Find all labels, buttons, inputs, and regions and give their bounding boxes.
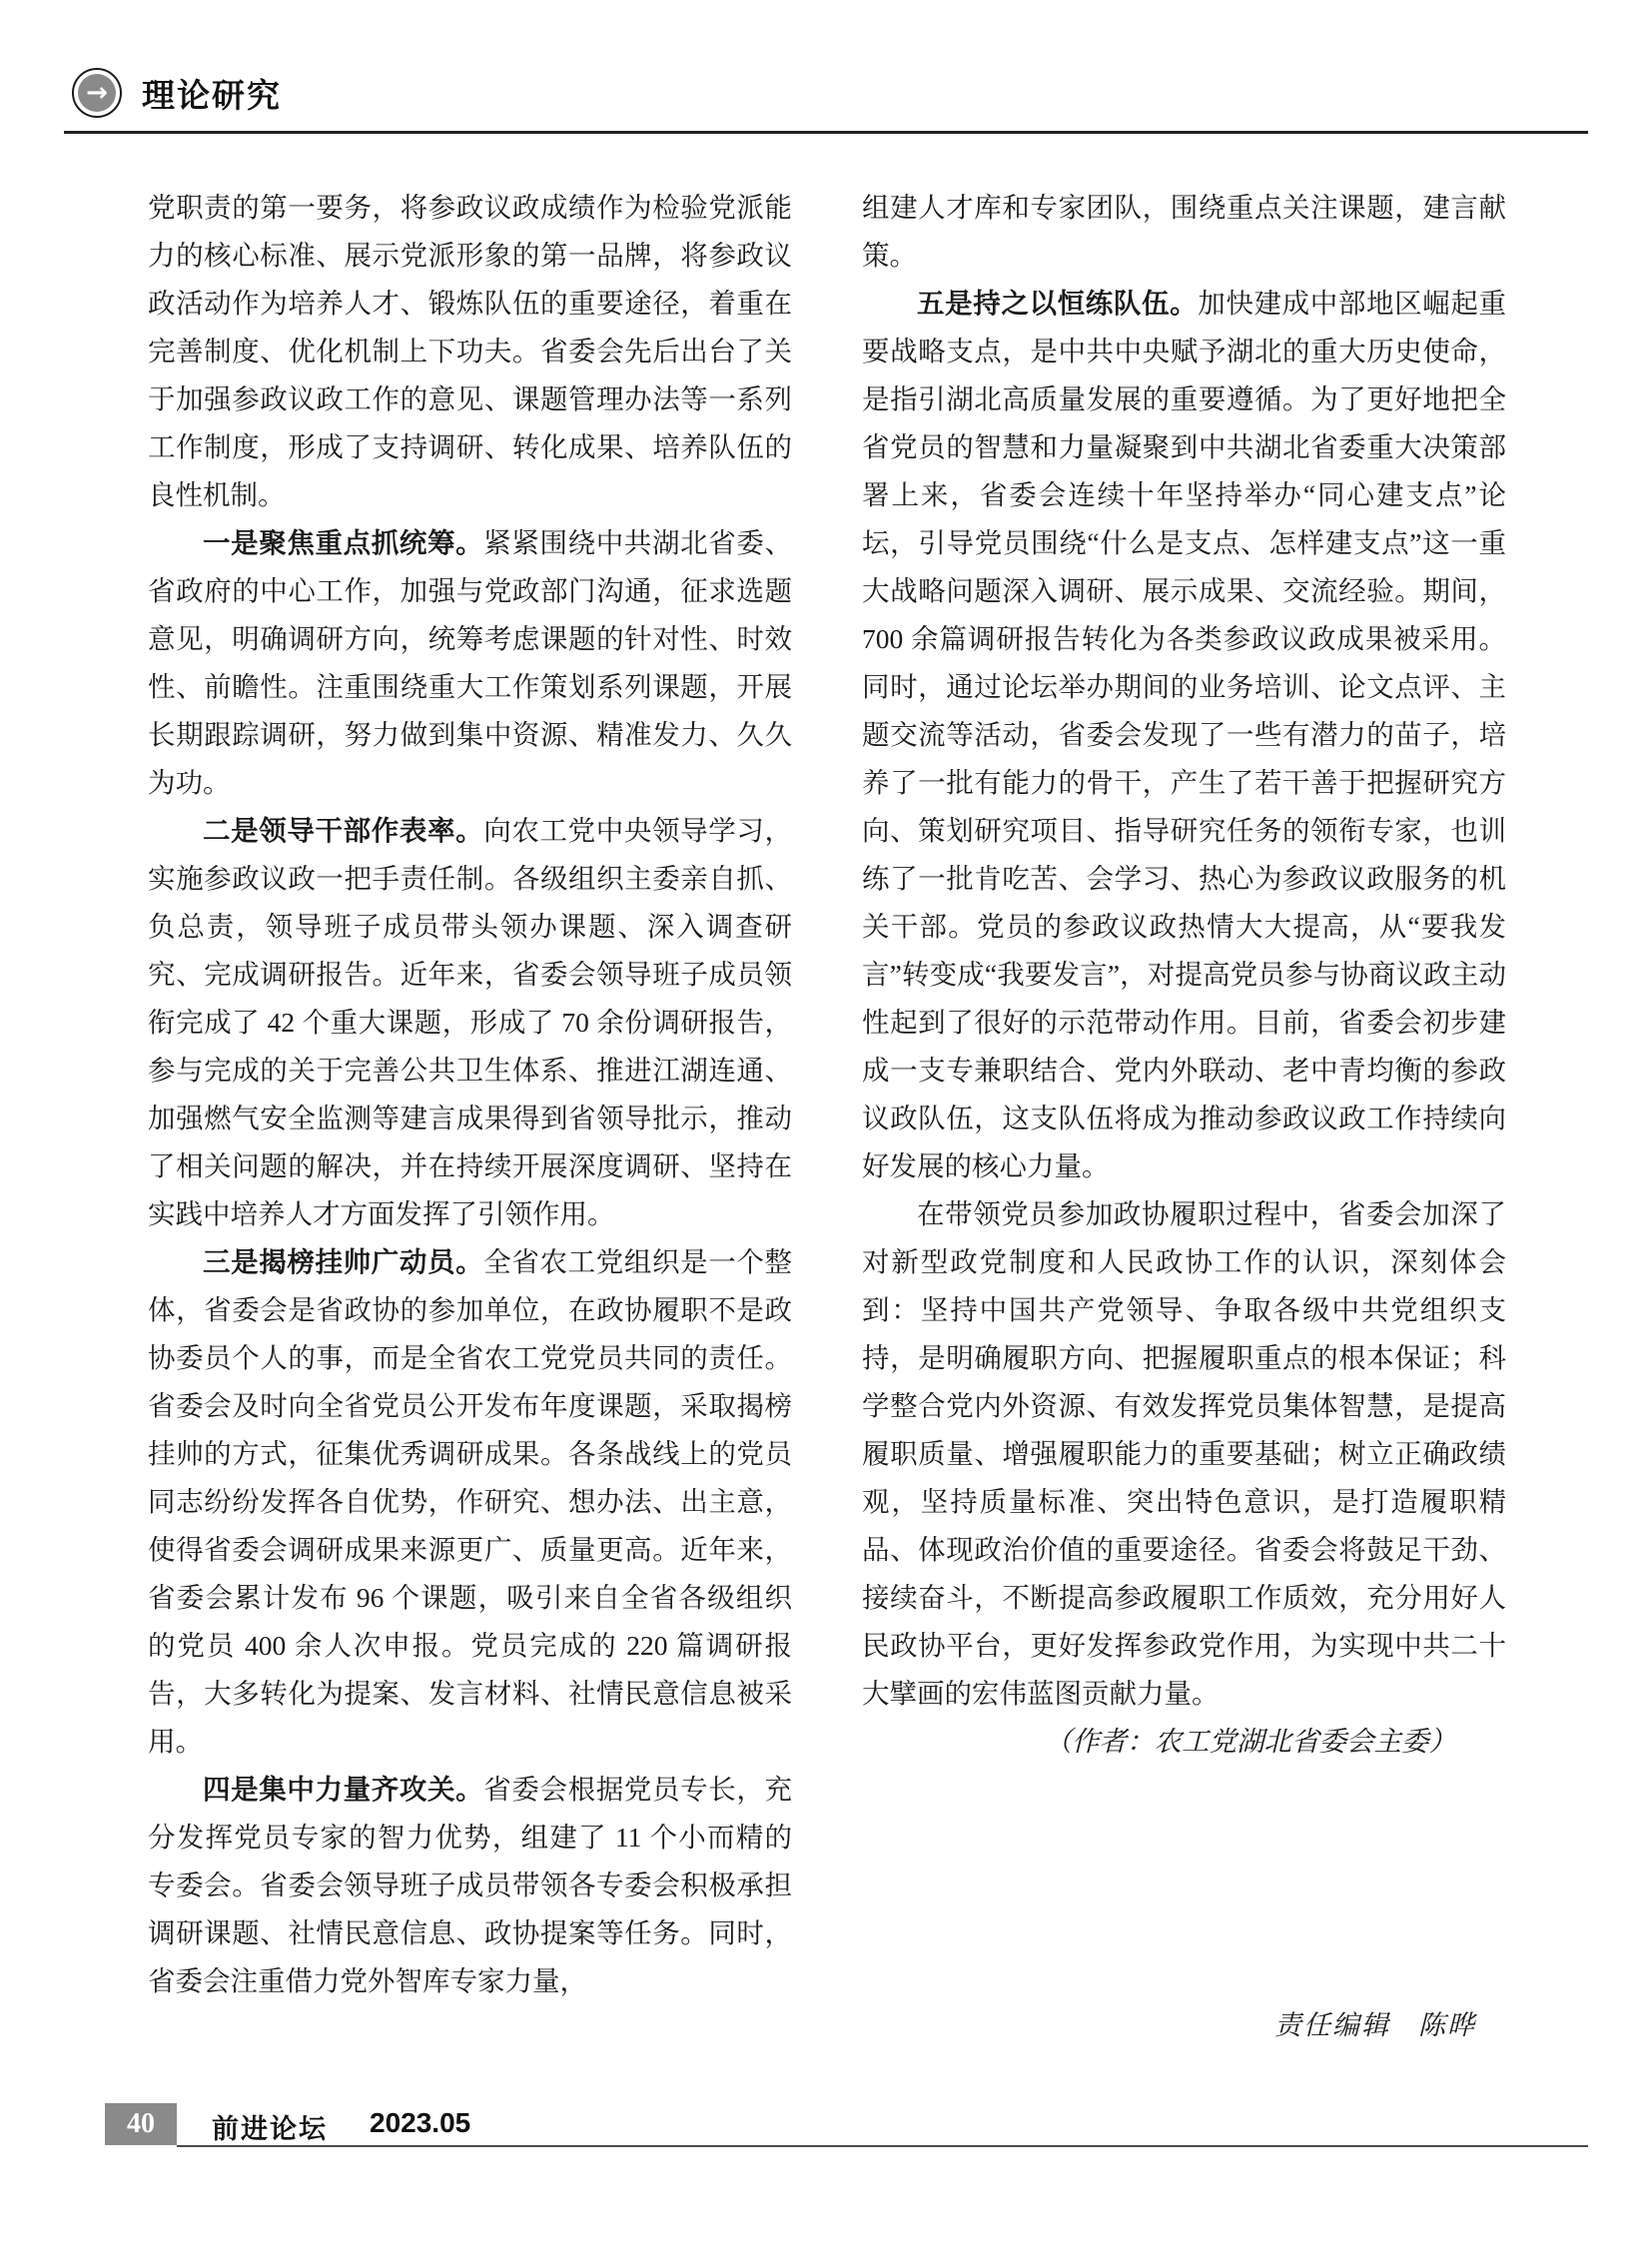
author-note: （作者：农工党湖北省委会主委） [862,1718,1506,1766]
paragraph-text: 全省农工党组织是一个整体，省委会是省政协的参加单位，在政协履职不是政协委员个人的… [148,1246,792,1757]
paragraph: 二是领导干部作表率。向农工党中央领导学习，实施参政议政一把手责任制。各级组织主委… [148,807,792,1238]
arrow-circle-icon: → [72,68,122,118]
paragraph-text: 组建人才库和专家团队，围绕重点关注课题，建言献策。 [862,192,1506,271]
issue-number: 2023.05 [370,2107,470,2139]
paragraph-text: 紧紧围绕中共湖北省委、省政府的中心工作，加强与党政部门沟通，征求选题意见，明确调… [148,527,792,798]
page-header: → 理论研究 [72,68,282,118]
paragraph-lead: 五是持之以恒练队伍。 [917,288,1198,319]
page-number-badge: 40 [105,2103,177,2145]
paragraph: 在带领党员参加政协履职过程中，省委会加深了对新型政党制度和人民政协工作的认识，深… [862,1190,1506,1718]
article-body: 党职责的第一要务，将参政议政成绩作为检验党派能力的核心标准、展示党派形象的第一品… [148,184,1506,2005]
paragraph-lead: 一是聚焦重点抓统筹。 [203,527,483,558]
magazine-page: → 理论研究 党职责的第一要务，将参政议政成绩作为检验党派能力的核心标准、展示党… [0,0,1652,2241]
journal-title: 前进论坛 [212,2107,328,2146]
paragraph-text: 党职责的第一要务，将参政议政成绩作为检验党派能力的核心标准、展示党派形象的第一品… [148,192,792,510]
paragraph: 三是揭榜挂帅广动员。全省农工党组织是一个整体，省委会是省政协的参加单位，在政协履… [148,1238,792,1766]
right-column: 组建人才库和专家团队，围绕重点关注课题，建言献策。 五是持之以恒练队伍。加快建成… [862,184,1506,2005]
editor-credit: 责任编辑陈晔 [1274,2005,1476,2045]
footer-divider [177,2145,1588,2147]
editor-name: 陈晔 [1418,2010,1476,2040]
arrow-glyph: → [78,74,116,112]
left-column: 党职责的第一要务，将参政议政成绩作为检验党派能力的核心标准、展示党派形象的第一品… [148,184,792,2005]
paragraph-lead: 二是领导干部作表率。 [203,815,483,846]
section-title: 理论研究 [142,70,282,117]
paragraph-text: 在带领党员参加政协履职过程中，省委会加深了对新型政党制度和人民政协工作的认识，深… [862,1198,1506,1709]
paragraph: 四是集中力量齐攻关。省委会根据党员专长，充分发挥党员专家的智力优势，组建了 11… [148,1766,792,2005]
editor-credit-label: 责任编辑 [1274,2010,1390,2040]
paragraph: 党职责的第一要务，将参政议政成绩作为检验党派能力的核心标准、展示党派形象的第一品… [148,184,792,519]
paragraph-text: 加快建成中部地区崛起重要战略支点，是中共中央赋予湖北的重大历史使命，是指引湖北高… [862,288,1506,1181]
paragraph: 组建人才库和专家团队，围绕重点关注课题，建言献策。 [862,184,1506,280]
paragraph: 一是聚焦重点抓统筹。紧紧围绕中共湖北省委、省政府的中心工作，加强与党政部门沟通，… [148,519,792,807]
paragraph-text: 省委会根据党员专长，充分发挥党员专家的智力优势，组建了 11 个小而精的专委会。… [148,1774,792,1996]
paragraph-lead: 四是集中力量齐攻关。 [203,1774,483,1805]
paragraph-lead: 三是揭榜挂帅广动员。 [203,1246,483,1277]
paragraph-text: 向农工党中央领导学习，实施参政议政一把手责任制。各级组织主委亲自抓、负总责，领导… [148,815,792,1229]
paragraph: 五是持之以恒练队伍。加快建成中部地区崛起重要战略支点，是中共中央赋予湖北的重大历… [862,280,1506,1190]
header-divider [64,131,1588,134]
